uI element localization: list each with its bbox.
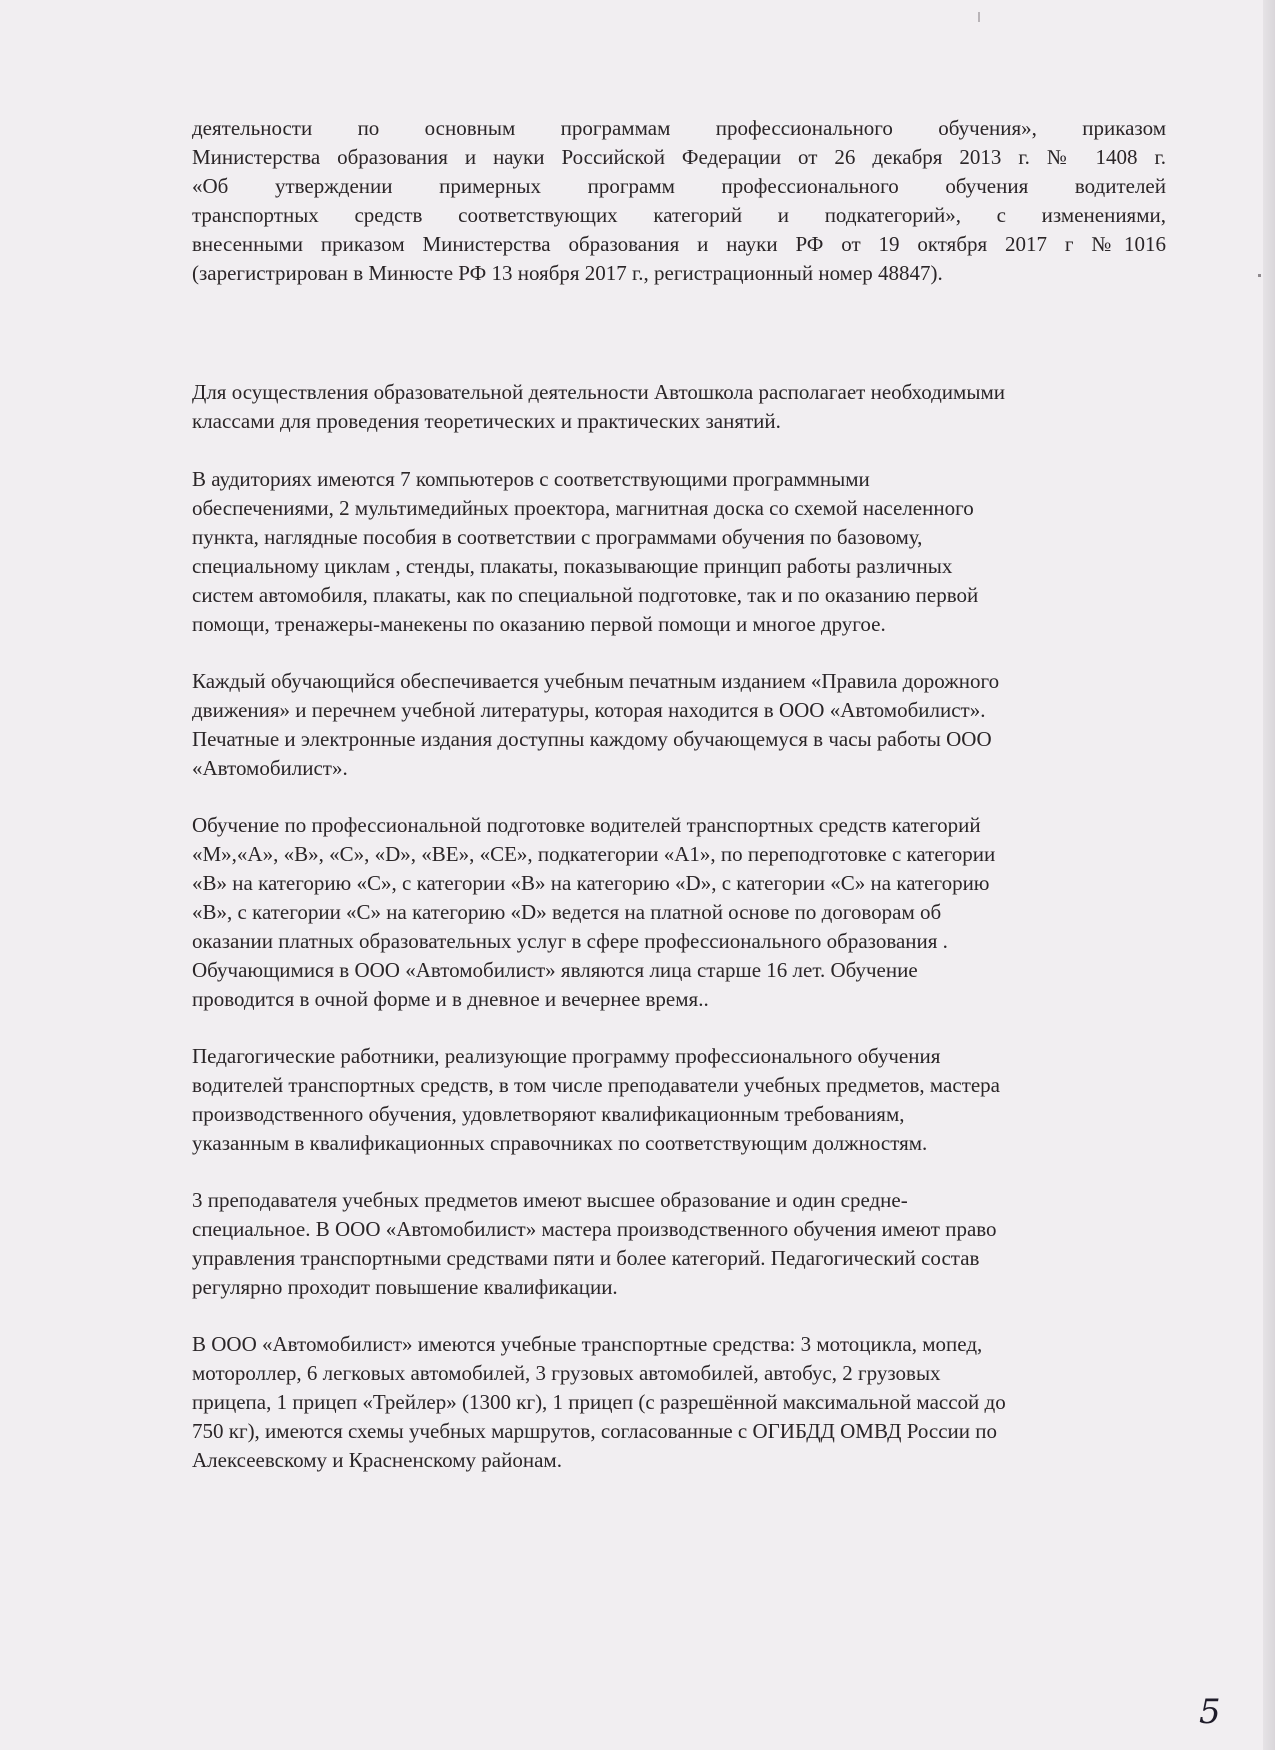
text-line: водителей транспортных средств, в том чи…	[192, 1071, 1166, 1100]
text-line: движения» и перечнем учебной литературы,…	[192, 696, 1166, 725]
scan-mark	[978, 12, 980, 22]
scan-mark	[1258, 274, 1261, 277]
text-line: производственного обучения, удовлетворяю…	[192, 1100, 1166, 1129]
text-line: «M»,«A», «B», «C», «D», «BE», «CE», подк…	[192, 840, 1166, 869]
text-line: 3 преподавателя учебных предметов имеют …	[192, 1186, 1166, 1215]
text-line: указанным в квалификационных справочника…	[192, 1129, 1166, 1158]
text-line: классами для проведения теоретических и …	[192, 407, 1166, 436]
text-line: специальному циклам , стенды, плакаты, п…	[192, 552, 1166, 581]
paragraph-equipment: В аудиториях имеются 7 компьютеров с соо…	[192, 465, 1166, 639]
text-line: проводится в очной форме и в дневное и в…	[192, 985, 1166, 1014]
text-line: регулярно проходит повышение квалификаци…	[192, 1273, 1166, 1302]
text-line: «Автомобилист».	[192, 754, 1166, 783]
text-line: внесенными приказом Министерства образов…	[192, 230, 1166, 259]
text-line: Обучение по профессиональной подготовке …	[192, 811, 1166, 840]
text-line: помощи, тренажеры-манекены по оказанию п…	[192, 610, 1166, 639]
text-line: Каждый обучающийся обеспечивается учебны…	[192, 667, 1166, 696]
text-line: «Об утверждении примерных программ профе…	[192, 172, 1166, 201]
text-line: В аудиториях имеются 7 компьютеров с соо…	[192, 465, 1166, 494]
text-line: транспортных средств соответствующих кат…	[192, 201, 1166, 230]
paragraph-literature: Каждый обучающийся обеспечивается учебны…	[192, 667, 1166, 783]
text-line: деятельности по основным программам проф…	[192, 114, 1166, 143]
text-line: Алексеевскому и Красненскому районам.	[192, 1446, 1166, 1475]
text-line: Обучающимися в ООО «Автомобилист» являют…	[192, 956, 1166, 985]
text-line: специальное. В ООО «Автомобилист» мастер…	[192, 1215, 1166, 1244]
page-edge-shadow	[1263, 0, 1275, 1750]
handwritten-page-number: 5	[1199, 1692, 1221, 1732]
paragraph-teachers-education: 3 преподавателя учебных предметов имеют …	[192, 1186, 1166, 1302]
text-line: управления транспортными средствами пяти…	[192, 1244, 1166, 1273]
paragraph-vehicles: В ООО «Автомобилист» имеются учебные тра…	[192, 1330, 1166, 1475]
paragraph-teaching-staff: Педагогические работники, реализующие пр…	[192, 1042, 1166, 1158]
text-line: систем автомобиля, плакаты, как по специ…	[192, 581, 1166, 610]
text-line: Для осуществления образовательной деятел…	[192, 378, 1166, 407]
text-line: Министерства образования и науки Российс…	[192, 143, 1166, 172]
text-line: Педагогические работники, реализующие пр…	[192, 1042, 1166, 1071]
text-line: «B» на категорию «C», с категории «B» на…	[192, 869, 1166, 898]
text-line: «B», с категории «C» на категорию «D» ве…	[192, 898, 1166, 927]
text-line: (зарегистрирован в Минюсте РФ 13 ноября …	[192, 259, 1166, 288]
paragraph-classes: Для осуществления образовательной деятел…	[192, 378, 1166, 436]
text-line: В ООО «Автомобилист» имеются учебные тра…	[192, 1330, 1166, 1359]
paragraph-training-categories: Обучение по профессиональной подготовке …	[192, 811, 1166, 1014]
text-line: оказании платных образовательных услуг в…	[192, 927, 1166, 956]
text-line: прицепа, 1 прицеп «Трейлер» (1300 кг), 1…	[192, 1388, 1166, 1417]
text-line: Печатные и электронные издания доступны …	[192, 725, 1166, 754]
text-line: мотороллер, 6 легковых автомобилей, 3 гр…	[192, 1359, 1166, 1388]
text-line: пункта, наглядные пособия в соответствии…	[192, 523, 1166, 552]
text-line: 750 кг), имеются схемы учебных маршрутов…	[192, 1417, 1166, 1446]
paragraph-legal-basis: деятельности по основным программам проф…	[192, 114, 1166, 288]
text-line: обеспечениями, 2 мультимедийных проектор…	[192, 494, 1166, 523]
